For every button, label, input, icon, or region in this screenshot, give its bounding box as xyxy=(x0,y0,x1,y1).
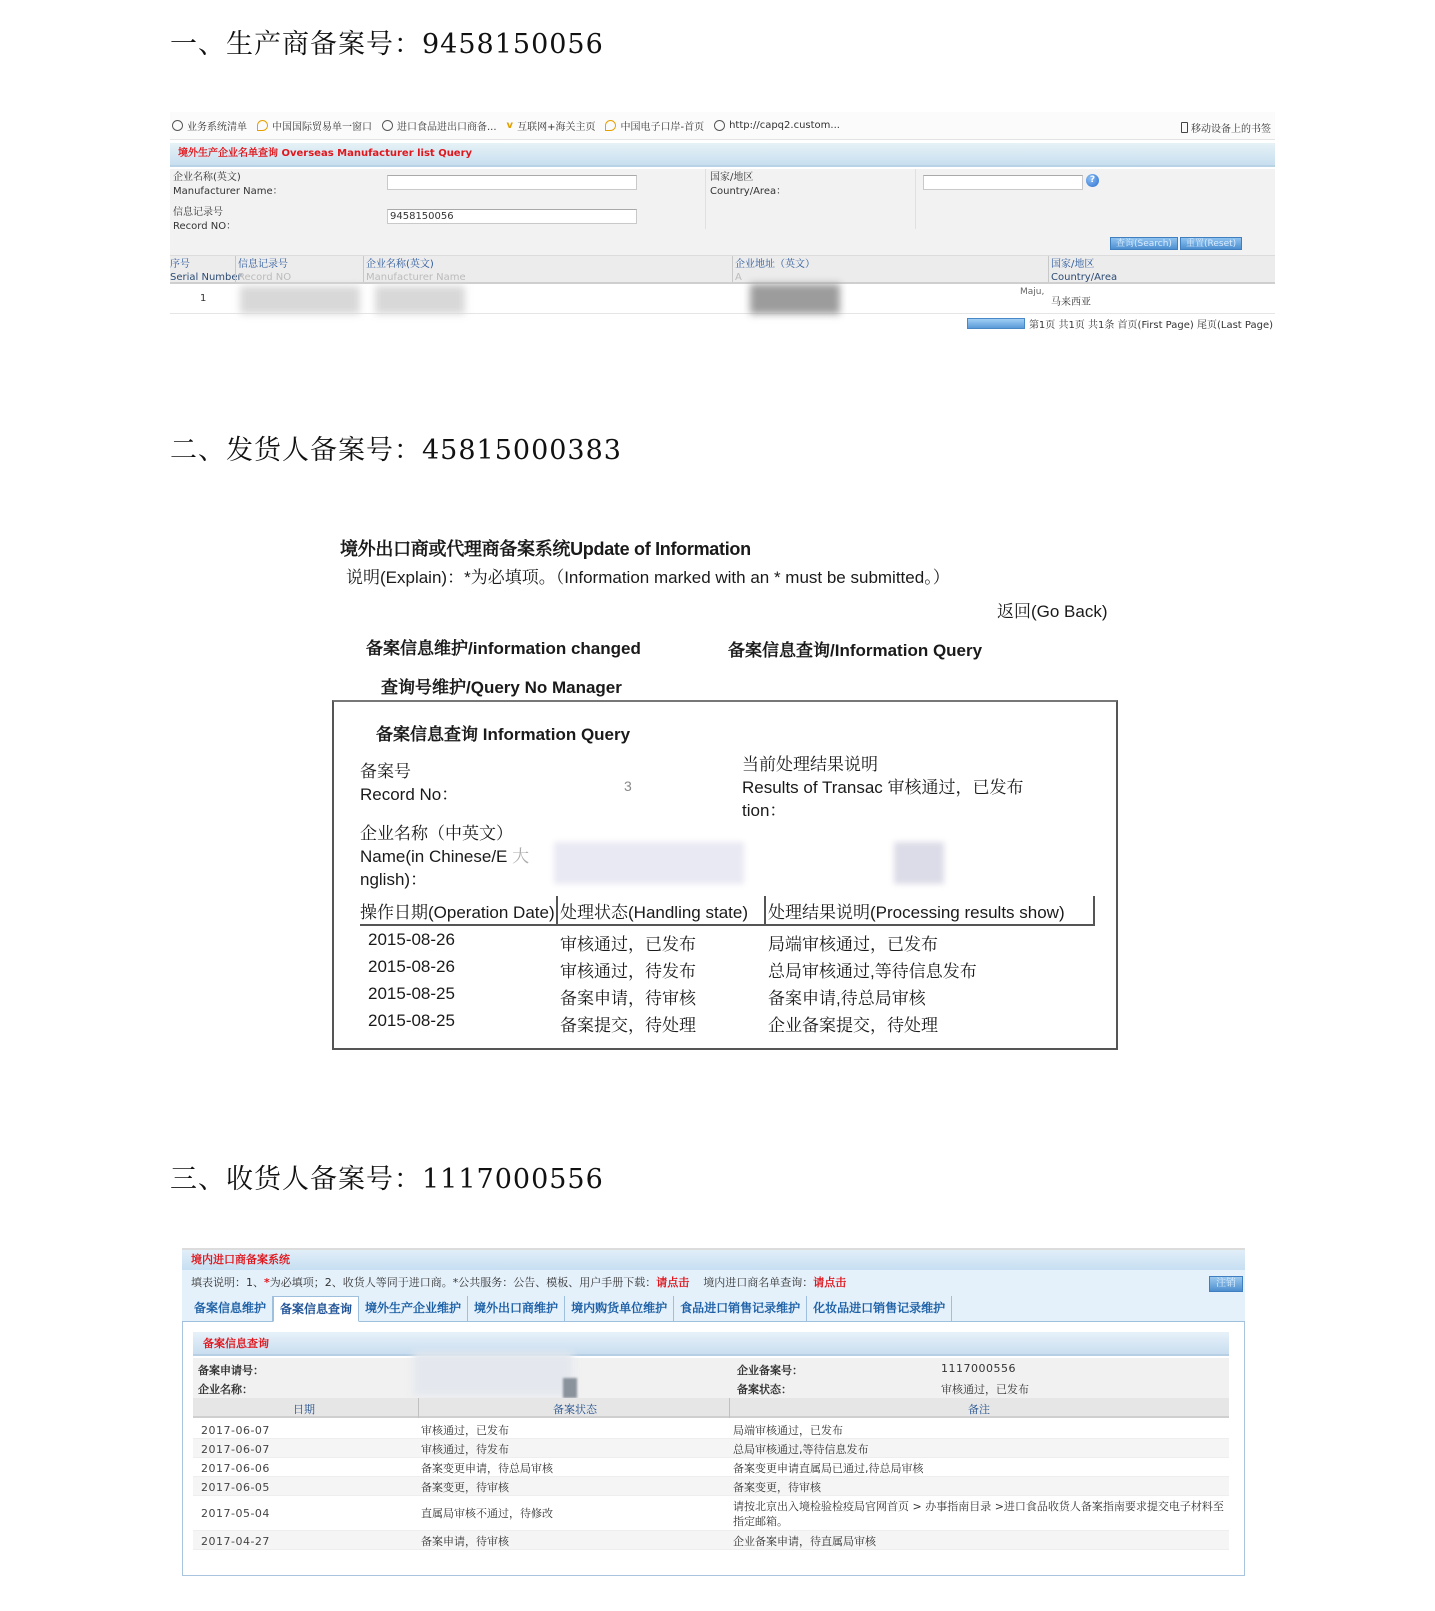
divider xyxy=(915,169,916,229)
go-back-link[interactable]: 返回(Go Back) xyxy=(997,597,1108,622)
importer-record-screenshot: 境内进口商备案系统 填表说明：1、*为必填项；2、收货人等同于进口商。*公共服务… xyxy=(182,1248,1245,1576)
col-record-no[interactable]: 信息记录号Record NO xyxy=(238,258,291,284)
bookmark-item[interactable]: v互联网+海关主页 xyxy=(507,118,596,133)
col-country[interactable]: 国家/地区Country/Area xyxy=(1051,258,1117,284)
search-button[interactable]: 查询(Search) xyxy=(1110,237,1178,250)
manufacturer-name-label: 企业名称(英文)Manufacturer Name： xyxy=(173,171,283,199)
redacted-record-no xyxy=(240,286,360,314)
table-row: 2017-06-07审核通过，已发布局端审核通过，已发布 xyxy=(193,1420,1229,1439)
col-processing-results: 处理结果说明(Processing results show) xyxy=(768,898,1065,923)
results-table-header: 序号Serial Number 信息记录号Record NO 企业名称(英文)M… xyxy=(170,255,1275,284)
history-table: 操作日期(Operation Date) 处理状态(Handling state… xyxy=(360,896,1095,1034)
help-icon[interactable]: ? xyxy=(1086,174,1099,187)
address-cell-tail: Maju, xyxy=(1020,287,1044,297)
table-row: 2015-08-25 备案申请，待审核 备案申请,待总局审核 xyxy=(360,980,1095,1007)
tab-cosmetics-sales-record[interactable]: 化妆品进口销售记录维护 xyxy=(807,1296,952,1321)
system-title: 境外出口商或代理商备案系统Update of Information xyxy=(340,535,751,561)
col-date: 日期 xyxy=(293,1401,315,1417)
bookmark-item[interactable]: 中国国际贸易单一窗口 xyxy=(257,118,372,133)
col-operation-date: 操作日期(Operation Date) xyxy=(360,898,555,923)
serial-cell: 1 xyxy=(200,293,206,304)
ie-icon xyxy=(605,120,616,131)
bookmark-item[interactable]: http://capq2.custom... xyxy=(714,120,840,131)
table-row: 2017-06-05备案变更，待审核备案变更，待审核 xyxy=(193,1477,1229,1496)
redacted-company-name xyxy=(554,842,744,884)
notice-bar: 填表说明：1、*为必填项；2、收货人等同于进口商。*公共服务：公告、模板、用户手… xyxy=(182,1270,1245,1296)
record-status-value: 审核通过，已发布 xyxy=(941,1381,1029,1397)
record-info: 备案申请号： 企业名称： 企业备案号： 1117000556 备案状态： 审核通… xyxy=(193,1358,1229,1398)
nav-query-no-manager[interactable]: 查询号维护/Query No Manager xyxy=(381,673,622,698)
history-table-header: 操作日期(Operation Date) 处理状态(Handling state… xyxy=(360,896,1095,926)
company-name-label: 企业名称： xyxy=(198,1381,253,1397)
panel-title: 备案信息查询 xyxy=(193,1332,1229,1356)
phone-icon xyxy=(1181,122,1188,133)
table-row: 2015-08-26 审核通过，待发布 总局审核通过,等待信息发布 xyxy=(360,953,1095,980)
bookmark-item[interactable]: 中国电子口岸-首页 xyxy=(605,118,704,133)
tab-bar: 备案信息维护 备案信息查询 境外生产企业维护 境外出口商维护 境内购货单位维护 … xyxy=(182,1296,1245,1322)
reset-button[interactable]: 重置(Reset) xyxy=(1180,237,1242,250)
company-name-label: 企业名称（中英文） Name(in Chinese/E 大 nglish)： xyxy=(360,822,529,891)
bookmarks-bar: 业务系统清单 中国国际贸易单一窗口 进口食品进出口商备... v互联网+海关主页… xyxy=(170,112,1275,140)
nav-information-changed[interactable]: 备案信息维护/information changed xyxy=(366,634,641,659)
table-row: 2017-06-07审核通过，待发布总局审核通过,等待信息发布 xyxy=(193,1439,1229,1458)
col-status: 备案状态 xyxy=(553,1401,597,1417)
col-note: 备注 xyxy=(968,1401,990,1417)
country-cell: 马来西亚 xyxy=(1051,293,1091,308)
country-label: 国家/地区Country/Area： xyxy=(710,171,786,199)
apply-no-label: 备案申请号： xyxy=(198,1362,264,1378)
globe-icon xyxy=(714,120,725,131)
ie-icon xyxy=(257,120,268,131)
record-query-panel: 备案信息查询 备案申请号： 企业名称： 企业备案号： 1117000556 备案… xyxy=(182,1322,1245,1576)
company-record-no-value: 1117000556 xyxy=(941,1362,1016,1375)
nav-information-query[interactable]: 备案信息查询/Information Query xyxy=(728,636,982,661)
bookmark-item[interactable]: 进口食品进出口商备... xyxy=(382,118,497,133)
bookmark-item[interactable]: 业务系统清单 xyxy=(172,118,247,133)
record-no-label: 信息记录号Record NO： xyxy=(173,206,236,234)
country-input[interactable] xyxy=(923,175,1083,190)
pagination: 第1页 共1页 共1条 首页(First Page) 尾页(Last Page) xyxy=(967,316,1273,331)
redacted-address xyxy=(750,284,840,314)
information-query-box: 备案信息查询 Information Query 备案号Record No： 3… xyxy=(332,700,1118,1050)
record-no-label: 备案号Record No： xyxy=(360,760,458,806)
section2-heading: 二、发货人备案号：45815000383 xyxy=(170,428,622,467)
exporter-update-screenshot: 境外出口商或代理商备案系统Update of Information 说明(Ex… xyxy=(340,530,1140,1070)
v-icon: v xyxy=(507,120,514,131)
tab-record-maintenance[interactable]: 备案信息维护 xyxy=(188,1296,273,1321)
overseas-manufacturer-query-screenshot: 业务系统清单 中国国际贸易单一窗口 进口食品进出口商备... v互联网+海关主页… xyxy=(170,112,1275,340)
page-icon xyxy=(172,120,183,131)
logout-button[interactable]: 注销 xyxy=(1209,1276,1243,1292)
section1-heading: 一、生产商备案号：9458150056 xyxy=(170,22,604,61)
table-row[interactable]: 1 Maju, 马来西亚 xyxy=(170,284,1275,314)
history-table: 2017-06-07审核通过，已发布局端审核通过，已发布 2017-06-07审… xyxy=(193,1420,1229,1550)
explain-text: 说明(Explain)：*为必填项。（Information marked wi… xyxy=(346,563,950,588)
tab-overseas-manufacturer[interactable]: 境外生产企业维护 xyxy=(359,1296,468,1321)
record-no-input[interactable]: 9458150056 xyxy=(387,209,637,224)
globe-icon xyxy=(382,120,393,131)
history-table-header: 日期 备案状态 备注 xyxy=(193,1398,1229,1418)
col-serial[interactable]: 序号Serial Number xyxy=(170,258,242,284)
pagination-text[interactable]: 第1页 共1页 共1条 首页(First Page) 尾页(Last Page) xyxy=(1029,316,1273,331)
col-manufacturer-name[interactable]: 企业名称(英文)Manufacturer Name xyxy=(366,258,466,284)
table-row: 2015-08-26 审核通过，已发布 局端审核通过，已发布 xyxy=(360,926,1095,953)
search-form: 企业名称(英文)Manufacturer Name： 信息记录号Record N… xyxy=(170,169,1275,259)
record-status-label: 备案状态： xyxy=(737,1381,792,1397)
section3-heading: 三、收货人备案号：1117000556 xyxy=(170,1157,604,1196)
divider xyxy=(705,169,706,229)
table-row: 2017-06-06备案变更申请，待总局审核备案变更申请直属局已通过,待总局审核 xyxy=(193,1458,1229,1477)
mobile-bookmarks[interactable]: 移动设备上的书签 xyxy=(1181,120,1271,135)
table-row: 2015-08-25 备案提交，待处理 企业备案提交，待处理 xyxy=(360,1007,1095,1034)
go-to-button[interactable] xyxy=(967,318,1025,329)
download-link[interactable]: 请点击 xyxy=(656,1276,689,1289)
box-title: 备案信息查询 Information Query xyxy=(376,720,630,745)
tab-record-query[interactable]: 备案信息查询 xyxy=(273,1296,359,1322)
redacted-name xyxy=(375,286,465,314)
tab-domestic-purchaser[interactable]: 境内购货单位维护 xyxy=(565,1296,674,1321)
redacted-company-info xyxy=(413,1352,573,1396)
table-row: 2017-04-27备案申请，待审核企业备案申请，待直属局审核 xyxy=(193,1531,1229,1550)
result-label: 当前处理结果说明 Results of Transac 审核通过，已发布 tio… xyxy=(742,753,1024,822)
page-title: 境外生产企业名单查询 Overseas Manufacturer list Qu… xyxy=(170,143,1275,167)
system-title: 境内进口商备案系统 xyxy=(182,1248,1245,1270)
importer-list-link[interactable]: 请点击 xyxy=(813,1276,846,1289)
col-handling-state: 处理状态(Handling state) xyxy=(560,898,748,923)
col-address[interactable]: 企业地址（英文）A xyxy=(735,258,815,284)
tab-food-sales-record[interactable]: 食品进口销售记录维护 xyxy=(674,1296,807,1321)
company-record-no-label: 企业备案号： xyxy=(737,1362,803,1378)
record-no-value: 3 xyxy=(624,775,632,798)
tab-overseas-exporter[interactable]: 境外出口商维护 xyxy=(468,1296,565,1321)
result-value: 审核通过，已发布 xyxy=(888,778,1024,797)
manufacturer-name-input[interactable] xyxy=(387,175,637,190)
table-row: 2017-05-04直属局审核不通过，待修改请按北京出入境检验检疫局官网首页 >… xyxy=(193,1496,1229,1531)
